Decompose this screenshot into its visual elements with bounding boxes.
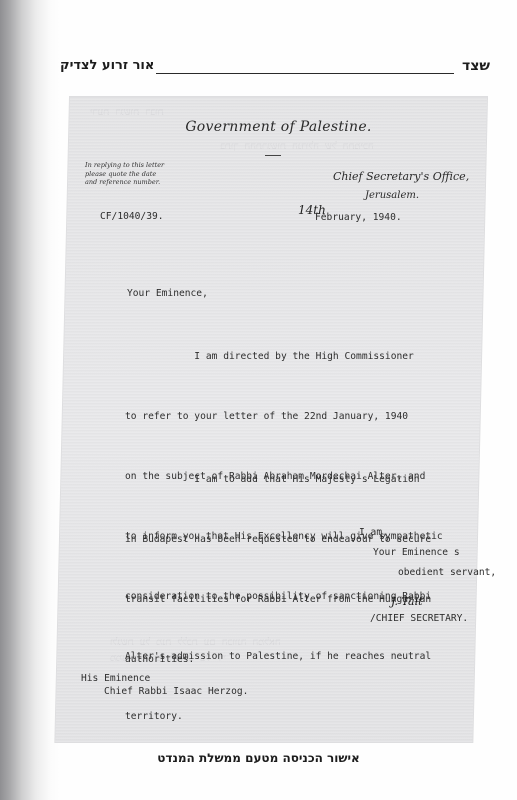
bleed-through-text: בתוך ההתרגשות הגדולה של התמיכה (220, 141, 374, 152)
letter-scan: ירעת רגשות רבות בתוך ההתרגשות הגדולה של … (55, 97, 487, 742)
running-head-rule (156, 73, 454, 74)
letterhead: Government of Palestine. (70, 119, 487, 135)
closing-line-1: I am, (359, 527, 388, 538)
letter-content: ירעת רגשות רבות בתוך ההתרגשות הגדולה של … (70, 97, 487, 742)
text-line: authorities. (125, 650, 431, 670)
text-line: territory. (125, 707, 443, 727)
reference-number: CF/1040/39. (100, 211, 164, 222)
closing-line-3: obedient servant, (398, 567, 496, 578)
addressee-line-1: His Eminence (81, 673, 150, 684)
office-name: Chief Secretary's Office, (333, 170, 469, 183)
running-head: שצד אור זרוע לצדיק (60, 58, 490, 80)
page-number: שצד (462, 58, 490, 74)
body-paragraph-2: I am to add that His Majesty's Legation … (125, 430, 431, 710)
addressee-line-2: Chief Rabbi Isaac Herzog. (104, 686, 248, 697)
text-line: I am directed by the High Commissioner (125, 347, 443, 367)
text-line: I am to add that His Majesty's Legation (125, 470, 431, 490)
letterhead-rule (265, 155, 281, 156)
text-line: to refer to your letter of the 22nd Janu… (125, 407, 443, 427)
office-city: Jerusalem. (365, 190, 419, 201)
figure-caption: אישור הכניסה מטעם ממשלת המנדט (0, 751, 517, 765)
reply-instruction-note: In replying to this letter please quote … (85, 161, 170, 187)
closing-line-2: Your Eminence s (373, 547, 460, 558)
handwritten-signature: J. Tait (391, 595, 423, 608)
salutation: Your Eminence, (127, 288, 208, 299)
book-title: אור זרוע לצדיק (60, 58, 154, 73)
letter-date: February, 1940. (315, 212, 402, 223)
text-line: transit facilities for Rabbi Alter from … (125, 590, 431, 610)
bleed-through-text: ירעת רגשות רבות (90, 107, 164, 118)
book-gutter-shadow (0, 0, 60, 800)
signatory-title: /CHIEF SECRETARY. (370, 613, 468, 624)
